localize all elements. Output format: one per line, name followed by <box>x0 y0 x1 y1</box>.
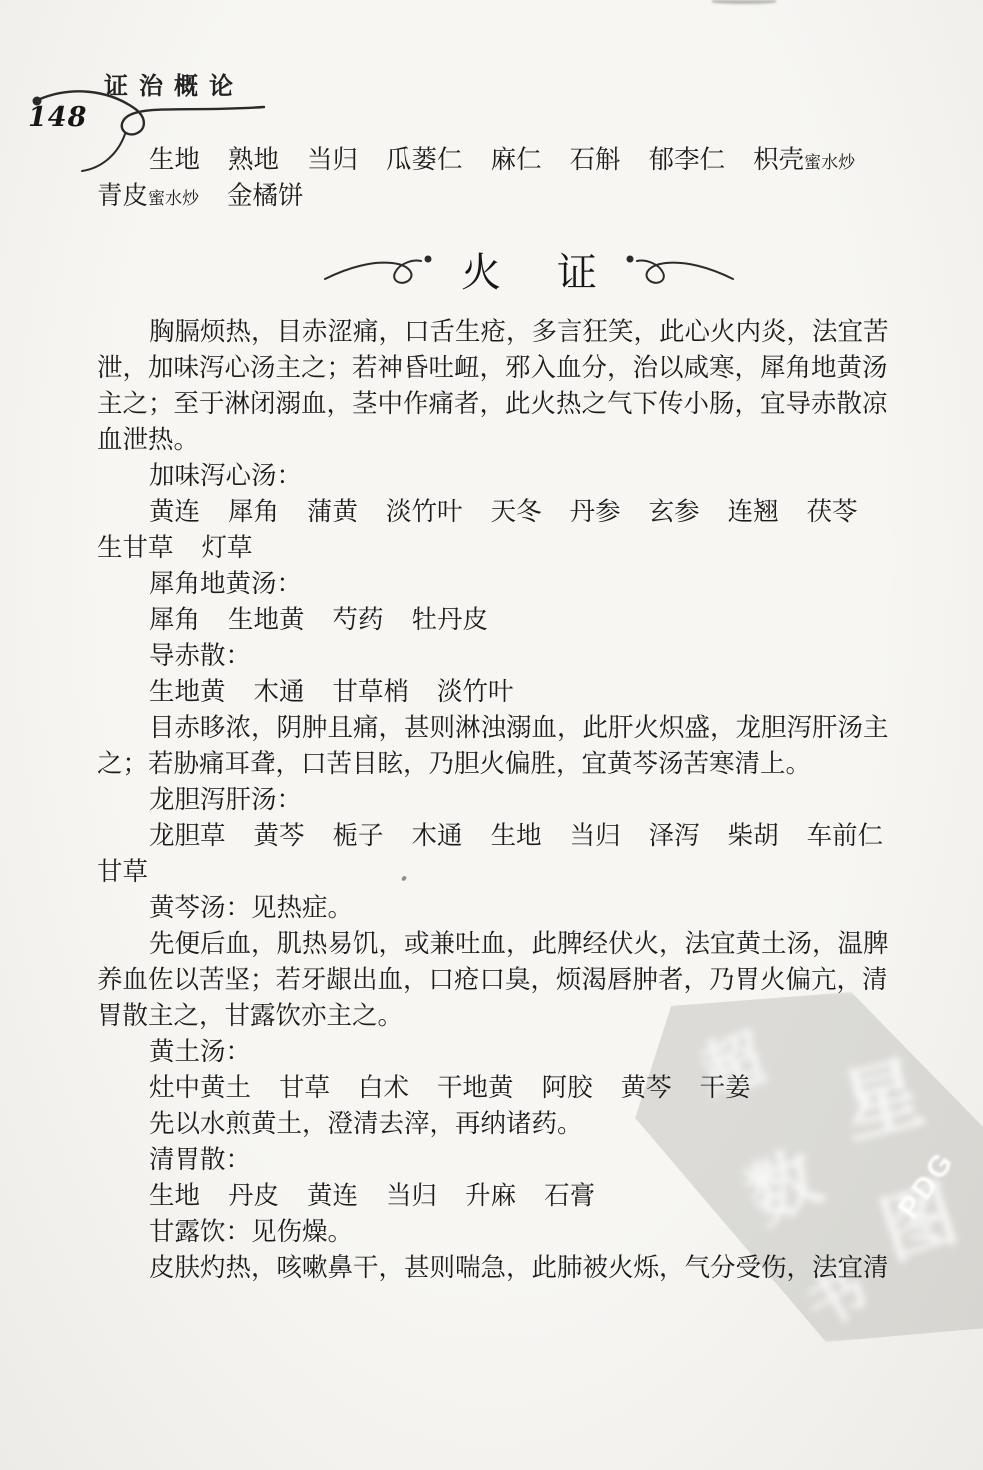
herb-name: 当归 <box>570 821 621 850</box>
herb-name: 升麻 <box>465 1181 516 1210</box>
text-line: 皮肤灼热，咳嗽鼻干，甚则喘急，此肺被火烁，气分受伤，法宜清 <box>97 1250 961 1286</box>
herb-name: 犀角 <box>149 605 200 634</box>
herb-name: 栀子 <box>333 821 384 850</box>
herb-name: 金橘饼 <box>227 181 304 210</box>
herb-name: 犀角 <box>228 497 279 526</box>
herb-name: 淡竹叶 <box>386 497 463 526</box>
text-line: 黄芩汤：见热症。 <box>97 890 961 926</box>
text-line: 黄土汤： <box>97 1034 961 1070</box>
herb-name: 当归 <box>307 145 358 174</box>
herb-name: 灶中黄土 <box>149 1073 251 1102</box>
herb-list-line: 甘草 <box>97 854 961 890</box>
herb-list-line: 生地黄木通甘草梢淡竹叶 <box>97 674 961 710</box>
herb-prep-note: 蜜水炒 <box>804 153 855 172</box>
text-line: 泄，加味泻心汤主之；若神昏吐衄，邪入血分，治以咸寒，犀角地黄汤 <box>97 350 961 386</box>
herb-list-line: 犀角生地黄芍药牡丹皮 <box>97 602 961 638</box>
herb-name: 石膏 <box>544 1181 595 1210</box>
text-line: 胃散主之，甘露饮亦主之。 <box>97 998 961 1034</box>
herb-name: 黄芩 <box>621 1073 672 1102</box>
section-title: 火 证 <box>97 240 961 298</box>
herb-name: 干地黄 <box>437 1073 514 1102</box>
text-line: 主之；至于淋闭溺血，茎中作痛者，此火热之气下传小肠，宜导赤散凉 <box>97 386 961 422</box>
herb-name: 丹皮 <box>228 1181 279 1210</box>
herb-name: 玄参 <box>649 497 700 526</box>
herb-name: 生地 <box>149 1181 200 1210</box>
herb-name: 芍药 <box>333 605 384 634</box>
herb-name: 熟地 <box>228 145 279 174</box>
herb-name: 生地 <box>491 821 542 850</box>
text-line: 导赤散： <box>97 638 961 674</box>
herb-name: 生甘草 <box>97 533 174 562</box>
herb-name: 黄芩 <box>254 821 305 850</box>
herb-name: 柴胡 <box>728 821 779 850</box>
herb-name: 郁李仁 <box>649 145 726 174</box>
herb-name: 泽泻 <box>649 821 700 850</box>
herb-list-line: 生甘草灯草 <box>97 530 961 566</box>
text-line: 目赤眵浓，阴肿且痛，甚则淋浊溺血，此肝火炽盛，龙胆泻肝汤主 <box>97 710 961 746</box>
text-line: 甘露饮：见伤燥。 <box>97 1214 961 1250</box>
herb-name: 龙胆草 <box>149 821 226 850</box>
herb-name: 木通 <box>254 677 305 706</box>
herb-name: 青皮蜜水炒 <box>97 181 199 210</box>
herb-name: 牡丹皮 <box>412 605 489 634</box>
herb-name: 石斛 <box>570 145 621 174</box>
page-number: 148 <box>28 102 87 133</box>
section-title-char-2: 证 <box>557 241 597 298</box>
herb-list-line: 生地熟地当归瓜蒌仁麻仁石斛郁李仁枳壳蜜水炒 <box>97 142 961 178</box>
herb-list-line: 黄连犀角蒲黄淡竹叶天冬丹参玄参连翘茯苓 <box>97 494 961 530</box>
herb-name: 生地黄 <box>228 605 305 634</box>
herb-name: 茯苓 <box>807 497 858 526</box>
herb-list-line: 龙胆草黄芩栀子木通生地当归泽泻柴胡车前仁 <box>97 818 961 854</box>
herb-name: 丹参 <box>570 497 621 526</box>
text-line: 胸膈烦热，目赤涩痛，口舌生疮，多言狂笑，此心火内炎，法宜苦 <box>97 314 961 350</box>
title-flourish-right <box>623 249 735 289</box>
text-line: 先便后血，肌热易饥，或兼吐血，此脾经伏火，法宜黄土汤，温脾 <box>97 926 961 962</box>
text-line: 先以水煎黄土，澄清去滓，再纳诸药。 <box>97 1106 961 1142</box>
text-line: 血泄热。 <box>97 422 961 458</box>
herb-name: 干姜 <box>700 1073 751 1102</box>
herb-name: 淡竹叶 <box>437 677 514 706</box>
herb-name: 阿胶 <box>542 1073 593 1102</box>
herb-name: 甘草 <box>279 1073 330 1102</box>
herb-name: 麻仁 <box>491 145 542 174</box>
herb-name: 瓜蒌仁 <box>386 145 463 174</box>
title-flourish-left <box>323 249 435 289</box>
herb-name: 木通 <box>412 821 463 850</box>
herb-prep-note: 蜜水炒 <box>148 189 199 208</box>
scanned-book-page: 超星数图书 PDG 证治概论 148 生地熟地当归瓜蒌仁麻仁石斛郁李仁枳壳蜜水炒… <box>0 0 983 1470</box>
herb-name: 甘草 <box>97 857 148 886</box>
text-line: 养血佐以苦坚；若牙龈出血，口疮口臭，烦渴唇肿者，乃胃火偏亢，清 <box>97 962 961 998</box>
herb-name: 甘草梢 <box>333 677 410 706</box>
herb-name: 天冬 <box>491 497 542 526</box>
text-line: 犀角地黄汤： <box>97 566 961 602</box>
text-line: 清胃散： <box>97 1142 961 1178</box>
herb-list-line: 灶中黄土甘草白术干地黄阿胶黄芩干姜 <box>97 1070 961 1106</box>
herb-list-line: 生地丹皮黄连当归升麻石膏 <box>97 1178 961 1214</box>
herb-name: 生地 <box>149 145 200 174</box>
herb-name: 蒲黄 <box>307 497 358 526</box>
section-title-char-1: 火 <box>461 241 501 298</box>
text-line: 龙胆泻肝汤： <box>97 782 961 818</box>
scan-edge-smudge <box>712 0 776 4</box>
page-body: 生地熟地当归瓜蒌仁麻仁石斛郁李仁枳壳蜜水炒青皮蜜水炒金橘饼 火 证 胸膈烦热，目… <box>97 142 961 1286</box>
text-line: 加味泻心汤： <box>97 458 961 494</box>
herb-name: 连翘 <box>728 497 779 526</box>
herb-name: 车前仁 <box>807 821 884 850</box>
herb-name: 当归 <box>386 1181 437 1210</box>
text-line: 之；若胁痛耳聋，口苦目眩，乃胆火偏胜，宜黄芩汤苦寒清上。 <box>97 746 961 782</box>
herb-name: 枳壳蜜水炒 <box>753 145 855 174</box>
herb-name: 生地黄 <box>149 677 226 706</box>
herb-list-line: 青皮蜜水炒金橘饼 <box>97 178 961 214</box>
herb-name: 黄连 <box>307 1181 358 1210</box>
herb-name: 灯草 <box>202 533 253 562</box>
herb-name: 白术 <box>358 1073 409 1102</box>
herb-name: 黄连 <box>149 497 200 526</box>
